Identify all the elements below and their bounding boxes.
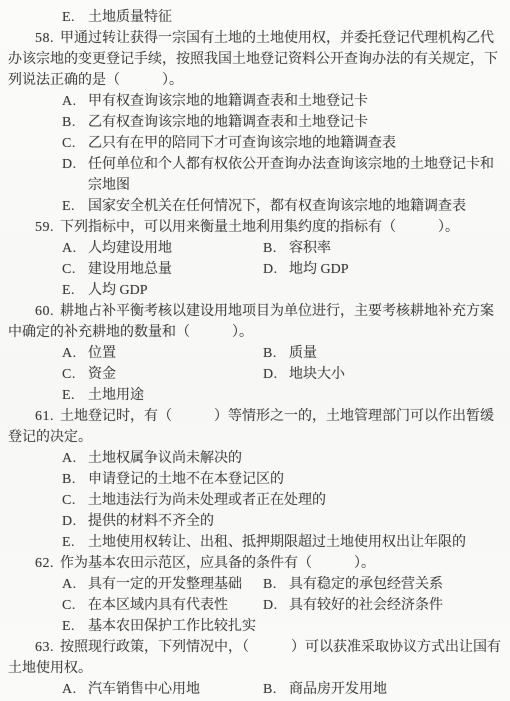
option-label: D. bbox=[263, 364, 289, 385]
option-label: B. bbox=[263, 343, 289, 364]
question-number: 59. bbox=[35, 220, 54, 235]
option-label: B. bbox=[62, 112, 88, 133]
option-text: 具有较好的社会经济条件 bbox=[289, 595, 502, 616]
option-text: 具有一定的开发整理基础 bbox=[88, 574, 263, 595]
option-text: 汽车销售中心用地 bbox=[88, 679, 263, 700]
question-text: 62.作为基本农田示范区，应具备的条件有（ ）。 bbox=[8, 553, 502, 574]
question-options: A. 人均建设用地 B. 容积率 C. 建设用地总量 D. 地均 GDP E. … bbox=[62, 238, 502, 301]
option-label: C. bbox=[62, 133, 88, 154]
option-row: C. 土地违法行为尚未处理或者正在处理的 bbox=[62, 490, 502, 511]
option-text: 建设用地总量 bbox=[88, 259, 263, 280]
option-text: 具有稳定的承包经营关系 bbox=[289, 574, 502, 595]
option-row: C. 资金 bbox=[62, 364, 263, 385]
option-row: E. 土地使用权转让、出租、抵押期限超过土地使用权出让年限的 bbox=[62, 532, 502, 553]
option-text: 土地用途 bbox=[88, 385, 502, 406]
question-number: 62. bbox=[35, 556, 54, 571]
option-label: E. bbox=[62, 616, 88, 637]
option-row: B. 质量 bbox=[263, 343, 502, 364]
option-text: 人均建设用地 bbox=[88, 238, 263, 259]
option-text: 乙有权查询该宗地的地籍调查表和土地登记卡 bbox=[88, 112, 502, 133]
option-label: A. bbox=[62, 679, 88, 700]
option-text: 国家安全机关在任何情况下，都有权查询该宗地的地籍调查表 bbox=[88, 196, 502, 217]
option-text: 地均 GDP bbox=[289, 259, 502, 280]
option-label: E. bbox=[62, 532, 88, 553]
question-59: 59.下列指标中，可以用来衡量土地利用集约度的指标有（ ）。 A. 人均建设用地… bbox=[8, 217, 502, 301]
question-options: A. 甲有权查询该宗地的地籍调查表和土地登记卡 B. 乙有权查询该宗地的地籍调查… bbox=[62, 91, 502, 217]
question-58: 58.甲通过转让获得一宗国有土地的土地使用权，并委托登记代理机构乙代办该宗地的变… bbox=[8, 28, 502, 217]
option-text: 人均 GDP bbox=[88, 280, 502, 301]
option-label: B. bbox=[263, 238, 289, 259]
question-text: 58.甲通过转让获得一宗国有土地的土地使用权，并委托登记代理机构乙代办该宗地的变… bbox=[8, 28, 502, 91]
option-row: E. 基本农田保护工作比较扎实 bbox=[62, 616, 502, 637]
question-text: 60.耕地占补平衡考核以建设用地项目为单位进行，主要考核耕地补充方案中确定的补充… bbox=[8, 301, 502, 343]
option-row: D. 地块大小 bbox=[263, 364, 502, 385]
option-row: D. 地均 GDP bbox=[263, 259, 502, 280]
option-label: E. bbox=[62, 196, 88, 217]
question-stem: 作为基本农田示范区，应具备的条件有（ ）。 bbox=[60, 556, 375, 571]
option-label: A. bbox=[62, 448, 88, 469]
option-row: B. 乙有权查询该宗地的地籍调查表和土地登记卡 bbox=[62, 112, 502, 133]
option-row: A. 汽车销售中心用地 bbox=[62, 679, 263, 700]
option-label: C. bbox=[62, 259, 88, 280]
option-label: D. bbox=[62, 511, 88, 532]
option-row: A. 人均建设用地 bbox=[62, 238, 263, 259]
question-text: 59.下列指标中，可以用来衡量土地利用集约度的指标有（ ）。 bbox=[8, 217, 502, 238]
option-label: E. bbox=[62, 280, 88, 301]
option-text: 甲有权查询该宗地的地籍调查表和土地登记卡 bbox=[88, 91, 502, 112]
option-label: C. bbox=[62, 364, 88, 385]
option-label: C. bbox=[62, 595, 88, 616]
option-label: B. bbox=[263, 574, 289, 595]
question-options: A. 位置 B. 质量 C. 资金 D. 地块大小 E. 土地用途 bbox=[62, 343, 502, 406]
option-label: D. bbox=[263, 259, 289, 280]
question-stem: 甲通过转让获得一宗国有土地的土地使用权，并委托登记代理机构乙代办该宗地的变更登记… bbox=[8, 31, 498, 88]
option-text: 容积率 bbox=[289, 238, 502, 259]
option-text: 申请登记的土地不在本登记区的 bbox=[88, 469, 502, 490]
question-number: 61. bbox=[35, 409, 54, 424]
option-text: 土地质量特征 bbox=[88, 7, 502, 28]
exam-page: E. 土地质量特征 58.甲通过转让获得一宗国有土地的土地使用权，并委托登记代理… bbox=[0, 0, 510, 701]
option-text: 资金 bbox=[88, 364, 263, 385]
option-row: D. 具有较好的社会经济条件 bbox=[263, 595, 502, 616]
option-row: B. 申请登记的土地不在本登记区的 bbox=[62, 469, 502, 490]
question-stem: 土地登记时，有（ ）等情形之一的，土地管理部门可以作出暂缓登记的决定。 bbox=[8, 409, 494, 445]
option-text: 地块大小 bbox=[289, 364, 502, 385]
option-text: 质量 bbox=[289, 343, 502, 364]
option-row: A. 土地权属争议尚未解决的 bbox=[62, 448, 502, 469]
question-text: 61.土地登记时，有（ ）等情形之一的，土地管理部门可以作出暂缓登记的决定。 bbox=[8, 406, 502, 448]
option-row: A. 甲有权查询该宗地的地籍调查表和土地登记卡 bbox=[62, 91, 502, 112]
option-row: A. 位置 bbox=[62, 343, 263, 364]
option-row: B. 商品房开发用地 bbox=[263, 679, 502, 700]
option-row: C. 在本区域内具有代表性 bbox=[62, 595, 263, 616]
option-text: 商品房开发用地 bbox=[289, 679, 502, 700]
option-row: C. 乙只有在甲的陪同下才可查询该宗地的地籍调查表 bbox=[62, 133, 502, 154]
question-stem: 按照现行政策，下列情况中，（ ）可以获准采取协议方式出让国有土地使用权。 bbox=[8, 640, 501, 676]
option-row: C. 建设用地总量 bbox=[62, 259, 263, 280]
question-60: 60.耕地占补平衡考核以建设用地项目为单位进行，主要考核耕地补充方案中确定的补充… bbox=[8, 301, 502, 406]
question-number: 58. bbox=[35, 31, 54, 46]
question-number: 60. bbox=[35, 304, 54, 319]
option-label: D. bbox=[263, 595, 289, 616]
option-label: A. bbox=[62, 91, 88, 112]
option-row: D. 任何单位和个人都有权依公开查询办法查询该宗地的土地登记卡和宗地图 bbox=[62, 154, 502, 196]
option-row: E. 土地质量特征 bbox=[62, 7, 502, 28]
question-number: 63. bbox=[35, 640, 54, 655]
option-label: A. bbox=[62, 343, 88, 364]
option-label: A. bbox=[62, 574, 88, 595]
question-stem: 下列指标中，可以用来衡量土地利用集约度的指标有（ ）。 bbox=[60, 220, 459, 235]
option-row: E. 国家安全机关在任何情况下，都有权查询该宗地的地籍调查表 bbox=[62, 196, 502, 217]
question-61: 61.土地登记时，有（ ）等情形之一的，土地管理部门可以作出暂缓登记的决定。 A… bbox=[8, 406, 502, 553]
option-text: 基本农田保护工作比较扎实 bbox=[88, 616, 502, 637]
question-62: 62.作为基本农田示范区，应具备的条件有（ ）。 A. 具有一定的开发整理基础 … bbox=[8, 553, 502, 637]
question-text: 63.按照现行政策，下列情况中，（ ）可以获准采取协议方式出让国有土地使用权。 bbox=[8, 637, 502, 679]
option-label: D. bbox=[62, 154, 88, 175]
option-text: 土地违法行为尚未处理或者正在处理的 bbox=[88, 490, 502, 511]
option-label: B. bbox=[62, 469, 88, 490]
option-row: A. 具有一定的开发整理基础 bbox=[62, 574, 263, 595]
option-row: B. 具有稳定的承包经营关系 bbox=[263, 574, 502, 595]
option-row: B. 容积率 bbox=[263, 238, 502, 259]
option-text: 提供的材料不齐全的 bbox=[88, 511, 502, 532]
option-text: 在本区域内具有代表性 bbox=[88, 595, 263, 616]
option-label: E. bbox=[62, 385, 88, 406]
question-63: 63.按照现行政策，下列情况中，（ ）可以获准采取协议方式出让国有土地使用权。 … bbox=[8, 637, 502, 700]
previous-question-options: E. 土地质量特征 bbox=[62, 7, 502, 28]
question-stem: 耕地占补平衡考核以建设用地项目为单位进行，主要考核耕地补充方案中确定的补充耕地的… bbox=[8, 304, 494, 340]
option-row: E. 土地用途 bbox=[62, 385, 502, 406]
option-text: 任何单位和个人都有权依公开查询办法查询该宗地的土地登记卡和宗地图 bbox=[88, 154, 502, 196]
question-options: A. 土地权属争议尚未解决的 B. 申请登记的土地不在本登记区的 C. 土地违法… bbox=[62, 448, 502, 553]
option-label: B. bbox=[263, 679, 289, 700]
question-options: A. 汽车销售中心用地 B. 商品房开发用地 bbox=[62, 679, 502, 700]
option-label: E. bbox=[62, 7, 88, 28]
option-row: D. 提供的材料不齐全的 bbox=[62, 511, 502, 532]
option-text: 乙只有在甲的陪同下才可查询该宗地的地籍调查表 bbox=[88, 133, 502, 154]
option-text: 位置 bbox=[88, 343, 263, 364]
option-row: E. 人均 GDP bbox=[62, 280, 502, 301]
question-options: A. 具有一定的开发整理基础 B. 具有稳定的承包经营关系 C. 在本区域内具有… bbox=[62, 574, 502, 637]
option-label: C. bbox=[62, 490, 88, 511]
option-text: 土地权属争议尚未解决的 bbox=[88, 448, 502, 469]
option-label: A. bbox=[62, 238, 88, 259]
option-text: 土地使用权转让、出租、抵押期限超过土地使用权出让年限的 bbox=[88, 532, 502, 553]
